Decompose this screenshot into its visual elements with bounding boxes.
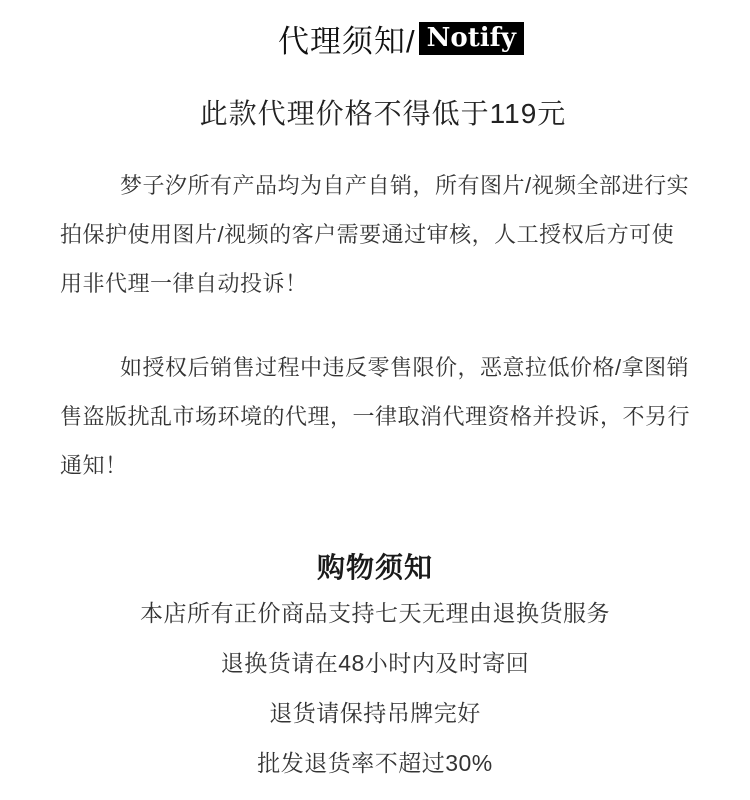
page-title: 代理须知/Notify — [26, 19, 750, 57]
notice-line: 拍保护使用图片/视频的客户需要通过审核，人工授权后方可使 — [60, 210, 690, 259]
price-limit-subtitle: 此款代理价格不得低于119元 — [8, 97, 750, 131]
agent-notice-paragraph-2: 如授权后销售过程中违反零售限价，恶意拉低价格/拿图销 售盗版扰乱市场环境的代理，… — [60, 343, 690, 490]
notify-badge: Notify — [419, 22, 524, 55]
policy-line-return-service: 本店所有正价商品支持七天无理由退换货服务 — [0, 588, 750, 638]
notice-line: 通知！ — [60, 441, 690, 490]
policy-line-48h-return: 退换货请在48小时内及时寄回 — [0, 638, 750, 688]
notice-line: 用非代理一律自动投诉！ — [60, 259, 690, 308]
policy-line-tag-intact: 退货请保持吊牌完好 — [0, 688, 750, 738]
agent-notice-page: 代理须知/Notify 此款代理价格不得低于119元 梦子汐所有产品均为自产自销… — [0, 0, 750, 800]
policy-line-wholesale-rate: 批发退货率不超过30% — [0, 738, 750, 788]
shopping-notice-heading: 购物须知 — [0, 550, 750, 586]
notice-line: 售盗版扰乱市场环境的代理，一律取消代理资格并投诉，不另行 — [60, 392, 690, 441]
notice-line: 如授权后销售过程中违反零售限价，恶意拉低价格/拿图销 — [60, 343, 690, 392]
notice-line: 梦子汐所有产品均为自产自销，所有图片/视频全部进行实 — [60, 161, 690, 210]
agent-notice-paragraph-1: 梦子汐所有产品均为自产自销，所有图片/视频全部进行实 拍保护使用图片/视频的客户… — [60, 161, 690, 308]
agent-notice-body: 梦子汐所有产品均为自产自销，所有图片/视频全部进行实 拍保护使用图片/视频的客户… — [60, 161, 690, 490]
page-title-cn: 代理须知/ — [278, 16, 416, 61]
shopping-policy-list: 本店所有正价商品支持七天无理由退换货服务 退换货请在48小时内及时寄回 退货请保… — [0, 588, 750, 788]
